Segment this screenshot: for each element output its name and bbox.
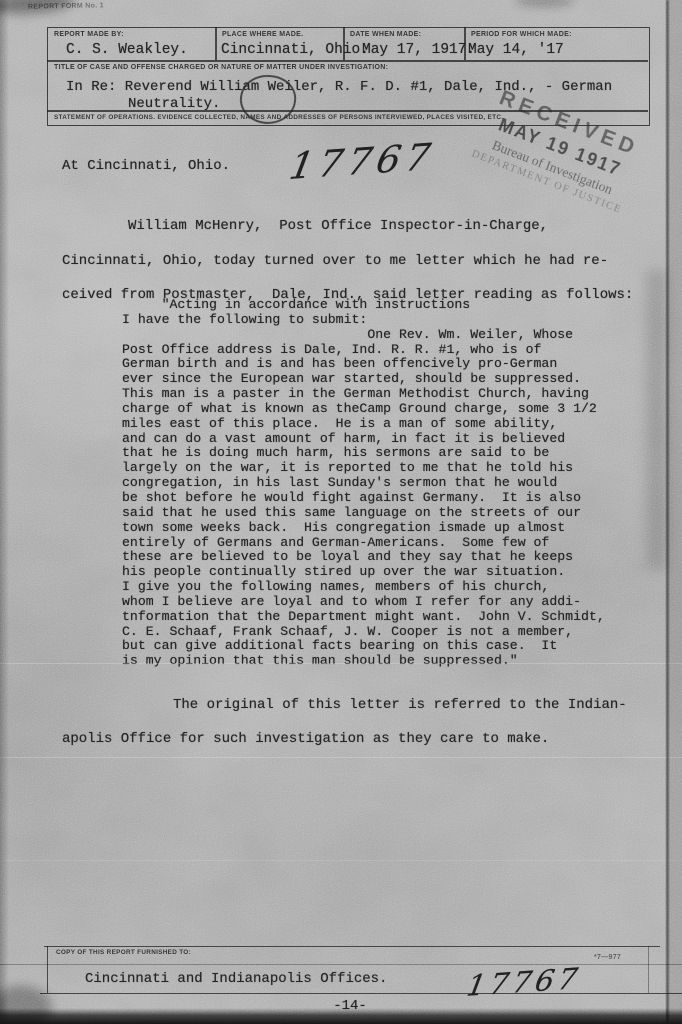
location-line: At Cincinnati, Ohio. <box>62 158 230 174</box>
page-edge-bottom <box>0 1008 682 1024</box>
form-code: *7—977 <box>594 954 621 961</box>
letter-line: entirely of Germans and German-Americans… <box>122 536 605 551</box>
case-title-line2: Neutrality. <box>128 96 220 112</box>
letter-line: and can do a vast amount of harm, in fac… <box>122 432 605 447</box>
place-where-made-value: Cincinnati, Ohio. <box>221 42 369 58</box>
report-made-by-label: REPORT MADE BY: <box>54 31 124 38</box>
letter-line: C. E. Schaaf, Frank Schaaf, J. W. Cooper… <box>122 625 605 640</box>
letter-line: be shot before he would fight against Ge… <box>122 491 605 506</box>
copy-furnished-value: Cincinnati and Indianapolis Offices. <box>85 971 387 987</box>
letter-line: town some weeks back. His congregation i… <box>122 521 605 536</box>
letter-line: charge of what is known as theCamp Groun… <box>122 402 605 417</box>
case-title-line1: In Re: Reverend William Weiler, R. F. D.… <box>66 79 612 95</box>
intro-line: Cincinnati, Ohio, today turned over to m… <box>62 244 633 279</box>
title-of-case-label: TITLE OF CASE AND OFFENSE CHARGED OR NAT… <box>54 64 388 71</box>
date-when-made-label: DATE WHEN MADE: <box>350 31 421 38</box>
letter-line: I give you the following names, members … <box>122 580 605 595</box>
footer-rule <box>648 946 649 993</box>
crease-line <box>0 860 682 861</box>
letter-line: miles east of this place. He is a man of… <box>122 417 605 432</box>
letter-line: but can give additional facts bearing on… <box>122 639 605 654</box>
letter-line: that he is doing much harm, his sermons … <box>122 446 605 461</box>
page-edge-right-band <box>669 0 682 1024</box>
letter-line: said that he used this same language on … <box>122 506 605 521</box>
letter-line: I have the following to submit: <box>122 313 605 328</box>
letter-line: his people continually stired up over th… <box>122 565 605 580</box>
letter-line: is my opinion that this man should be su… <box>122 654 605 669</box>
letter-line: largely on the war, it is reported to me… <box>122 461 605 476</box>
letter-line: Post Office address is Dale, Ind. R. R. … <box>122 343 605 358</box>
footer-rule <box>44 946 660 947</box>
quoted-letter: "Acting in accordance with instructionsI… <box>122 298 605 669</box>
footer-rule <box>40 993 682 994</box>
letter-line: whom I believe are loyal and to whom I r… <box>122 595 605 610</box>
letter-line: One Rev. Wm. Weiler, Whose <box>122 328 605 343</box>
date-when-made-value: May 17, 1917. <box>362 42 475 58</box>
closing-line: apolis Office for such investigation as … <box>62 722 627 756</box>
intro-line: William McHenry, Post Office Inspector-i… <box>62 209 633 244</box>
scan-streak <box>646 270 668 570</box>
table-divider <box>47 60 648 62</box>
handwritten-case-number-top: 17767 <box>286 135 439 188</box>
letter-line: German birth and is and has been offenci… <box>122 357 605 372</box>
page-edge-left <box>0 0 9 1024</box>
closing-paragraph: The original of this letter is referred … <box>62 688 627 757</box>
letter-line: these are believed to be loyal and they … <box>122 550 605 565</box>
letter-line: tnformation that the Department might wa… <box>122 610 605 625</box>
scan-smudge <box>515 0 575 7</box>
closing-line: The original of this letter is referred … <box>62 688 627 722</box>
letter-line: ever since the European war started, sho… <box>122 372 605 387</box>
period-for-which-made-label: PERIOD FOR WHICH MADE: <box>471 31 572 38</box>
period-for-which-made-value: May 14, '17 <box>468 42 564 58</box>
place-where-made-label: PLACE WHERE MADE. <box>222 31 303 38</box>
crease-line <box>0 663 682 664</box>
report-made-by-value: C. S. Weakley. <box>66 42 188 58</box>
letter-line: This man is a paster in the German Metho… <box>122 387 605 402</box>
table-divider <box>215 27 217 60</box>
copy-furnished-label: COPY OF THIS REPORT FURNISHED TO: <box>56 949 191 956</box>
letter-line: "Acting in accordance with instructions <box>122 298 605 313</box>
letter-line: congregation, in his last Sunday's sermo… <box>122 476 605 491</box>
crease-line <box>0 757 682 758</box>
handwritten-case-number-bottom: 17767 <box>464 961 584 1003</box>
scanned-report-page: REPORT FORM No. 1 REPORT MADE BY: PLACE … <box>0 0 682 1024</box>
footer-rule <box>47 946 48 993</box>
